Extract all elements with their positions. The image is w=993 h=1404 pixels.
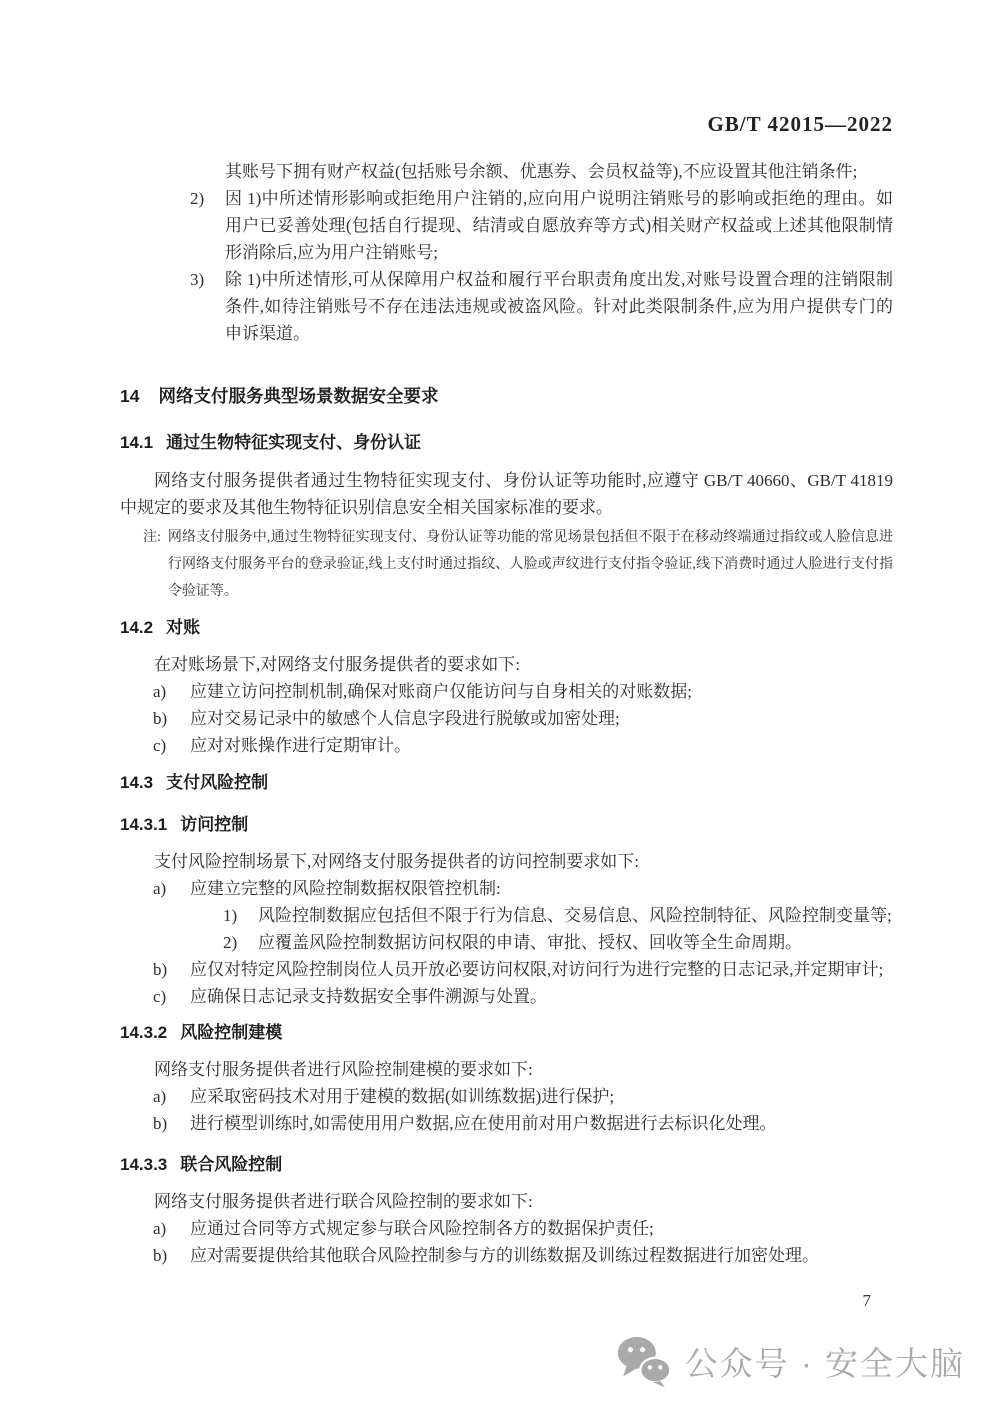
list-item: c) 应对对账操作进行定期审计。 xyxy=(120,732,893,759)
list-item-lead: 应建立完整的风险控制数据权限管控机制: xyxy=(190,875,893,902)
subclause-14-3-heading: 14.3 支付风险控制 xyxy=(120,769,893,796)
carryover-continuation-text: 其账号下拥有财产权益(包括账号余额、优惠券、会员权益等),不应设置其他注销条件; xyxy=(120,158,893,185)
list-marker: a) xyxy=(153,1083,190,1110)
list-item: b) 应对交易记录中的敏感个人信息字段进行脱敏或加密处理; xyxy=(120,705,893,732)
list-item: b) 进行模型训练时,如需使用用户数据,应在使用前对用户数据进行去标识化处理。 xyxy=(120,1110,893,1137)
nested-list: 1) 风险控制数据应包括但不限于行为信息、交易信息、风险控制特征、风险控制变量等… xyxy=(190,902,893,956)
paragraph: 支付风险控制场景下,对网络支付服务提供者的访问控制要求如下: xyxy=(120,848,893,875)
list-item: c) 应确保日志记录支持数据安全事件溯源与处置。 xyxy=(120,983,893,1010)
paragraph: 在对账场景下,对网络支付服务提供者的要求如下: xyxy=(120,651,893,678)
list-marker: a) xyxy=(153,875,190,956)
standard-number: GB/T 42015—2022 xyxy=(707,112,893,137)
list-marker: 2) xyxy=(223,929,258,956)
list-item: 3) 除 1)中所述情形,可从保障用户权益和履行平台职责角度出发,对账号设置合理… xyxy=(120,266,893,347)
list-marker: a) xyxy=(153,1215,190,1242)
subclause-14-1-heading: 14.1 通过生物特征实现支付、身份认证 xyxy=(120,429,893,456)
subclause-number: 14.3.1 xyxy=(120,811,167,838)
list-marker: c) xyxy=(153,983,190,1010)
document-page: GB/T 42015—2022 其账号下拥有财产权益(包括账号余额、优惠券、会员… xyxy=(0,0,993,1404)
list-item-text: 应对交易记录中的敏感个人信息字段进行脱敏或加密处理; xyxy=(190,705,893,732)
list-item: a) 应通过合同等方式规定参与联合风险控制各方的数据保护责任; xyxy=(120,1215,893,1242)
list-item-text: 应通过合同等方式规定参与联合风险控制各方的数据保护责任; xyxy=(190,1215,893,1242)
list-item-text: 应覆盖风险控制数据访问权限的申请、审批、授权、回收等全生命周期。 xyxy=(258,929,893,956)
list-item-text: 应确保日志记录支持数据安全事件溯源与处置。 xyxy=(190,983,893,1010)
page-number: 7 xyxy=(863,1291,872,1311)
list-marker: c) xyxy=(153,732,190,759)
clause-title: 网络支付服务典型场景数据安全要求 xyxy=(158,383,438,410)
subclause-14-3-3-heading: 14.3.3 联合风险控制 xyxy=(120,1151,893,1178)
list-item: 1) 风险控制数据应包括但不限于行为信息、交易信息、风险控制特征、风险控制变量等… xyxy=(190,902,893,929)
clause-number: 14 xyxy=(120,383,139,410)
list-item: 2) 因 1)中所述情形影响或拒绝用户注销的,应向用户说明注销账号的影响或拒绝的… xyxy=(120,185,893,266)
list-item: b) 应仅对特定风险控制岗位人员开放必要访问权限,对访问行为进行完整的日志记录,… xyxy=(120,956,893,983)
requirement-list: a) 应建立访问控制机制,确保对账商户仅能访问与自身相关的对账数据; b) 应对… xyxy=(120,678,893,759)
subclause-title: 访问控制 xyxy=(180,811,248,838)
note-label: 注: xyxy=(143,524,161,605)
list-item-text: 风险控制数据应包括但不限于行为信息、交易信息、风险控制特征、风险控制变量等; xyxy=(258,902,893,929)
requirement-list: a) 应采取密码技术对用于建模的数据(如训练数据)进行保护; b) 进行模型训练… xyxy=(120,1083,893,1137)
note-text: 网络支付服务中,通过生物特征实现支付、身份认证等功能的常见场景包括但不限于在移动… xyxy=(168,524,893,605)
watermark: 公众号 · 安全大脑 xyxy=(615,1334,965,1388)
list-item-text: 进行模型训练时,如需使用用户数据,应在使用前对用户数据进行去标识化处理。 xyxy=(190,1110,893,1137)
list-item-text: 应对需要提供给其他联合风险控制参与方的训练数据及训练过程数据进行加密处理。 xyxy=(190,1242,893,1269)
subclause-title: 联合风险控制 xyxy=(180,1151,282,1178)
list-item: a) 应建立完整的风险控制数据权限管控机制: 1) 风险控制数据应包括但不限于行… xyxy=(120,875,893,956)
list-item: a) 应采取密码技术对用于建模的数据(如训练数据)进行保护; xyxy=(120,1083,893,1110)
paragraph: 网络支付服务提供者进行联合风险控制的要求如下: xyxy=(120,1188,893,1215)
list-item-text: 因 1)中所述情形影响或拒绝用户注销的,应向用户说明注销账号的影响或拒绝的理由。… xyxy=(225,185,893,266)
list-item: b) 应对需要提供给其他联合风险控制参与方的训练数据及训练过程数据进行加密处理。 xyxy=(120,1242,893,1269)
wechat-icon xyxy=(615,1334,673,1388)
note: 注: 网络支付服务中,通过生物特征实现支付、身份认证等功能的常见场景包括但不限于… xyxy=(120,524,893,605)
list-marker: b) xyxy=(153,705,190,732)
list-item-text: 应对对账操作进行定期审计。 xyxy=(190,732,893,759)
list-marker: 2) xyxy=(190,185,225,266)
clause-14-heading: 14 网络支付服务典型场景数据安全要求 xyxy=(120,383,893,410)
subclause-title: 支付风险控制 xyxy=(166,769,268,796)
list-item-text: 除 1)中所述情形,可从保障用户权益和履行平台职责角度出发,对账号设置合理的注销… xyxy=(225,266,893,347)
list-item-text: 应仅对特定风险控制岗位人员开放必要访问权限,对访问行为进行完整的日志记录,并定期… xyxy=(190,956,893,983)
subclause-number: 14.3.2 xyxy=(120,1019,167,1046)
subclause-14-2-heading: 14.2 对账 xyxy=(120,614,893,641)
subclause-number: 14.3 xyxy=(120,769,153,796)
list-marker: b) xyxy=(153,1110,190,1137)
list-marker: 1) xyxy=(223,902,258,929)
list-marker: b) xyxy=(153,956,190,983)
list-item-text: 应采取密码技术对用于建模的数据(如训练数据)进行保护; xyxy=(190,1083,893,1110)
watermark-text: 公众号 · 安全大脑 xyxy=(685,1338,965,1385)
requirement-list: a) 应建立完整的风险控制数据权限管控机制: 1) 风险控制数据应包括但不限于行… xyxy=(120,875,893,1010)
requirement-list: a) 应通过合同等方式规定参与联合风险控制各方的数据保护责任; b) 应对需要提… xyxy=(120,1215,893,1269)
paragraph: 网络支付服务提供者进行风险控制建模的要求如下: xyxy=(120,1056,893,1083)
list-item: a) 应建立访问控制机制,确保对账商户仅能访问与自身相关的对账数据; xyxy=(120,678,893,705)
subclause-title: 风险控制建模 xyxy=(180,1019,282,1046)
subclause-number: 14.1 xyxy=(120,429,153,456)
subclause-number: 14.2 xyxy=(120,614,153,641)
page-content: 其账号下拥有财产权益(包括账号余额、优惠券、会员权益等),不应设置其他注销条件;… xyxy=(120,158,893,1269)
subclause-number: 14.3.3 xyxy=(120,1151,167,1178)
paragraph: 网络支付服务提供者通过生物特征实现支付、身份认证等功能时,应遵守 GB/T 40… xyxy=(120,467,893,521)
subclause-title: 对账 xyxy=(166,614,200,641)
subclause-14-3-2-heading: 14.3.2 风险控制建模 xyxy=(120,1019,893,1046)
subclause-14-3-1-heading: 14.3.1 访问控制 xyxy=(120,811,893,838)
list-marker: 3) xyxy=(190,266,225,347)
list-item-text: 应建立访问控制机制,确保对账商户仅能访问与自身相关的对账数据; xyxy=(190,678,893,705)
list-marker: a) xyxy=(153,678,190,705)
list-item-text: 应建立完整的风险控制数据权限管控机制: 1) 风险控制数据应包括但不限于行为信息… xyxy=(190,875,893,956)
subclause-title: 通过生物特征实现支付、身份认证 xyxy=(166,429,421,456)
list-item: 2) 应覆盖风险控制数据访问权限的申请、审批、授权、回收等全生命周期。 xyxy=(190,929,893,956)
list-marker: b) xyxy=(153,1242,190,1269)
